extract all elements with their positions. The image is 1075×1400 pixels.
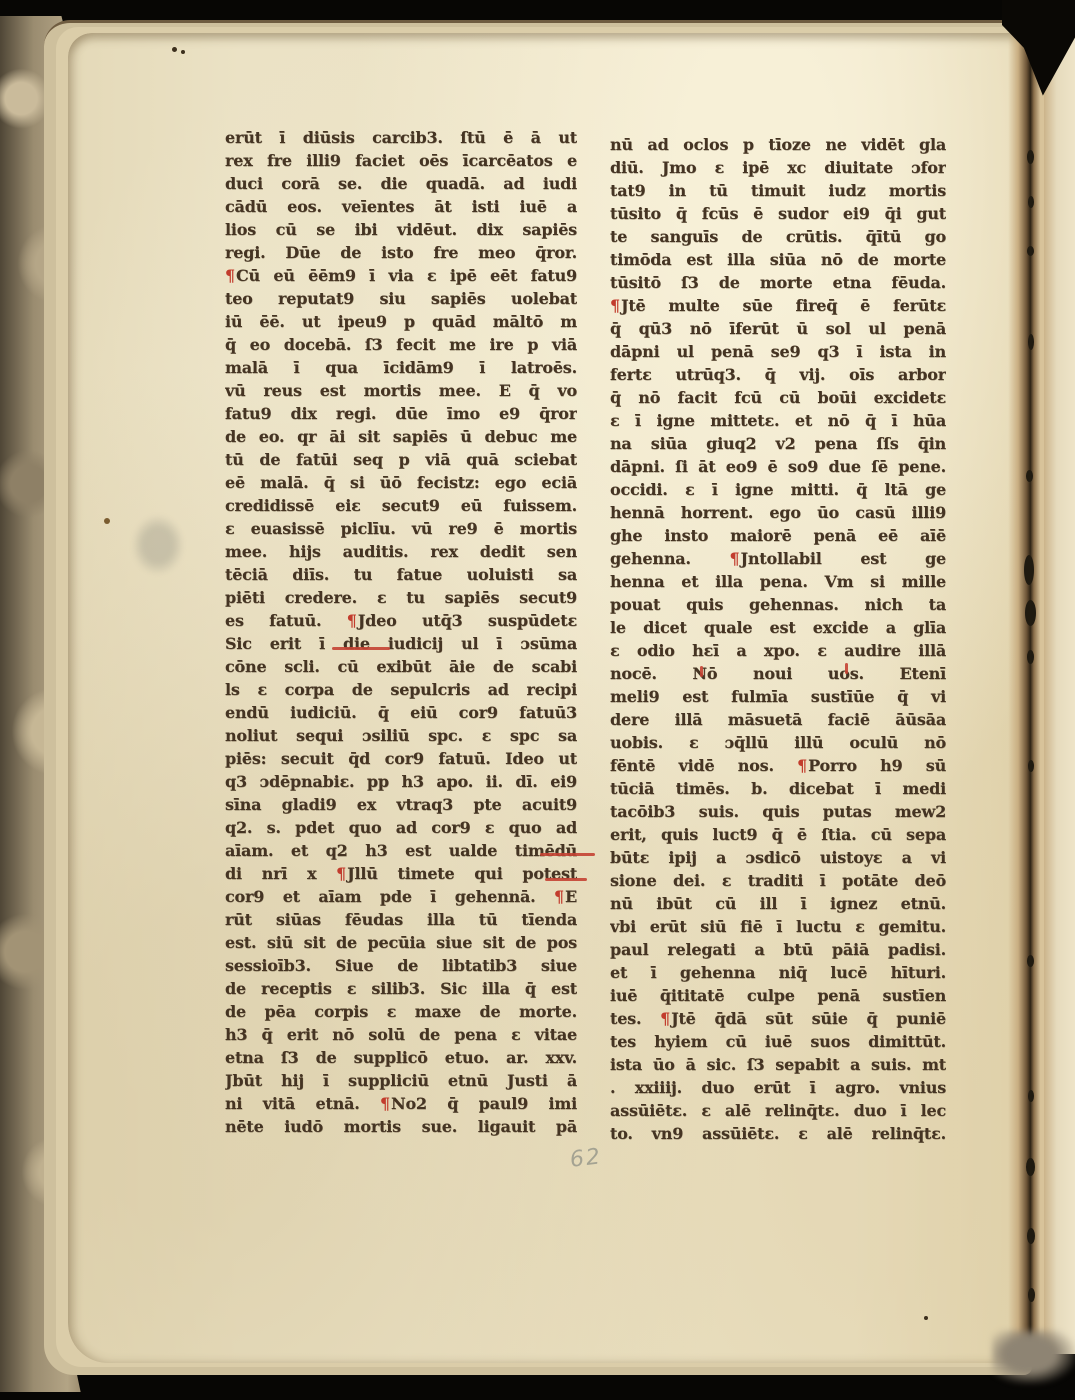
text-line: tēciā diīs. tu fatue uoluisti sa [225,563,577,586]
text-column-right: nū ad oclos p tīoze ne vidēt gladiū. Jmo… [610,133,946,1145]
text-line: noliut sequi ɔsiliū spc. ɛ spc sa [225,724,577,747]
text-line: de pēa corpis ɛ maxe de morte. [225,1000,577,1023]
gutter-spot [1025,600,1036,626]
text-line: diū. Jmo ɛ ipē xc diuitate ɔfor [610,156,946,179]
text-line: hennā horrent. ego ūo casū illi9 [610,501,946,524]
gutter-spot [1027,955,1034,967]
text-line: piēti credere. ɛ tu sapiēs secut9 [225,586,577,609]
gutter-spot [1026,470,1033,482]
text-line: mee. hijs auditis. rex dedit sen [225,540,577,563]
text-line: q2. s. pdet quo ad cor9 ɛ quo ad [225,816,577,839]
gutter-spot [1028,1288,1035,1302]
gutter-spot [1028,1090,1034,1102]
text-line: iū ēē. ut ipeu9 p quād māltō m [225,310,577,333]
text-line: to. vn9 assūiētɛ. ɛ alē relinq̄tɛ. [610,1122,946,1145]
text-line: q3 ɔdēpnabiɛ. pp h3 apo. ii. dī. ei9 [225,770,577,793]
text-line: paul relegati a btū pāiā padisi. [610,938,946,961]
text-line: tes. ¶Jtē q̄dā sūt sūie q̄ puniē [610,1007,946,1030]
text-line: henna et illa pena. Vm si mille [610,570,946,593]
text-line: cādū eos. veīentes āt isti iuē a [225,195,577,218]
facing-page-edge [1042,36,1075,1354]
text-line: duci corā se. die quadā. ad iudi [225,172,577,195]
text-line: le dicet quale est excide a glīa [610,616,946,639]
text-line: nū ad oclos p tīoze ne vidēt gla [610,133,946,156]
text-line: ista ūo ā sic. ſ3 sepabit a suis. mt [610,1053,946,1076]
text-line: sione dei. ɛ traditi ī potāte deō [610,869,946,892]
rubric-pilcrow: ¶ [730,549,741,568]
margin-fleck [104,518,110,524]
text-line: di nrī x ¶Jllū timete qui potest [225,862,577,885]
text-line: malā ī qua īcidām9 ī latroēs. [225,356,577,379]
text-line: credidissē eiɛ secut9 eū fuissem. [225,494,577,517]
text-line: de eo. qr āi sit sapiēs ū debuc me [225,425,577,448]
rubric-stroke [700,666,703,677]
text-line: tacōib3 suis. quis putas mew2 [610,800,946,823]
text-line: tūciā timēs. b. dicebat ī medi [610,777,946,800]
text-line: endū iudiciū. q̄ eiū cor9 fatuū3 [225,701,577,724]
rubric-pilcrow: ¶ [347,611,358,630]
text-line: meli9 est fulmīa sustīūe q̄ vi [610,685,946,708]
text-line: ɛ euasissē piclīu. vū re9 ē mortis [225,517,577,540]
gutter-spot [1028,196,1034,208]
text-line: gehenna. ¶Jntollabil est ge [610,547,946,570]
text-line: Sic erit ī die iudicij ul ī ɔsūma [225,632,577,655]
text-line: assūiētɛ. ɛ alē relinq̄tɛ. duo ī lec [610,1099,946,1122]
text-line: ɛ ī igne mittetɛ. et nō q̄ ī hūa [610,409,946,432]
text-line: teo reputat9 siu sapiēs uolebat [225,287,577,310]
text-line: tūsitō ſ3 de morte etna fēuda. [610,271,946,294]
text-line: dāpni ul penā se9 q3 ī ista in [610,340,946,363]
text-line: cōne scli. cū exibūt āie de scabi [225,655,577,678]
rubric-stroke [845,663,848,674]
text-line: fertɛ utrūq3. q̄ vij. oīs arbor [610,363,946,386]
rubric-pilcrow: ¶ [380,1094,391,1113]
manuscript-photograph: erūt ī diūsis carcib3. ſtū ē ā utrex fre… [0,0,1075,1400]
text-line: Jbūt hij ī suppliciū etnū Justi ā [225,1069,577,1092]
folio-number-pencil: 62 [569,1144,604,1173]
text-line: q̄ eo docebā. ſ3 fecit me ire p viā [225,333,577,356]
rubric-flourish [545,878,587,881]
rubric-pilcrow: ¶ [660,1009,671,1028]
rubric-pilcrow: ¶ [610,296,621,315]
text-line: cor9 et aīam pde ī gehennā. ¶E [225,885,577,908]
text-line: de receptis ɛ silib3. Sic illa q̄ est [225,977,577,1000]
text-line: ¶Jtē multe sūe fireq̄ ē ferūtɛ [610,294,946,317]
text-line: dere illā māsuetā faciē āūsāa [610,708,946,731]
text-line: et ī gehenna niq̄ lucē hīturi. [610,961,946,984]
text-line: etna ſ3 de supplicō etuo. ar. xxv. [225,1046,577,1069]
text-line: piēs: secuit q̄d cor9 fatuū. Ideo ut [225,747,577,770]
rubric-flourish [540,853,595,856]
text-line: sīna gladi9 ex vtraq3 pte acuit9 [225,793,577,816]
text-line: uobis. ɛ ɔq̄llū illū oculū nō [610,731,946,754]
rubric-pilcrow: ¶ [554,887,565,906]
text-line: te sanguīs de crūtis. q̄ītū go [610,225,946,248]
gutter-spot [1027,246,1034,256]
text-line: fatu9 dix regi. dūe īmo e9 q̄ror [225,402,577,425]
text-line: iuē q̄ititatē culpe penā sustīen [610,984,946,1007]
text-line: timōda est illa siūa nō de morte [610,248,946,271]
text-line: vū reus est mortis mee. E q̄ vo [225,379,577,402]
text-line: . xxiiij. duo erūt ī agro. vnius [610,1076,946,1099]
gutter-spot [1026,1158,1035,1176]
text-line: erūt ī diūsis carcib3. ſtū ē ā ut [225,126,577,149]
text-line: na siūa giuq2 v2 pena ſſs q̄in [610,432,946,455]
text-line: erit, quis luct9 q̄ ē ſtia. cū sepa [610,823,946,846]
text-column-left: erūt ī diūsis carcib3. ſtū ē ā utrex fre… [225,126,577,1138]
gutter-spot [1028,334,1034,350]
text-line: eē malā. q̄ si ūō fecistz: ego eciā [225,471,577,494]
text-line: ¶Cū eū ēēm9 ī via ɛ ipē eēt fatu9 [225,264,577,287]
rubric-pilcrow: ¶ [797,756,808,775]
ink-dot [924,1316,928,1320]
text-line: rūt siūas fēudas illa tū tīenda [225,908,577,931]
text-line: q̄ qū3 nō īferūt ū sol ul penā [610,317,946,340]
gutter-spot [1027,1228,1035,1244]
text-line: sessioīb3. Siue de libtatib3 siue [225,954,577,977]
gutter-spot [1027,650,1034,664]
text-line: tes hyiem cū iuē suos dimittūt. [610,1030,946,1053]
text-line: ls ɛ corpa de sepulcris ad recipi [225,678,577,701]
text-line: nēte iudō mortis sue. ligauit pā [225,1115,577,1138]
text-line: dāpni. ſi āt eo9 ē so9 due ſē pene. [610,455,946,478]
text-line: es fatuū. ¶Jdeo utq̄3 suspūdetɛ [225,609,577,632]
text-line: aīam. et q2 h3 est ualde timēdū [225,839,577,862]
text-line: vbi erūt siū fiē ī luctu ɛ gemitu. [610,915,946,938]
ink-dot [181,50,185,54]
margin-smudge [132,515,184,575]
text-line: rex fre illi9 faciet oēs īcarcēatos e [225,149,577,172]
text-line: q̄ nō facit fcū cū boūi excidetɛ [610,386,946,409]
gutter-spot [1027,150,1034,164]
text-line: ghe insto maiorē penā eē aīē [610,524,946,547]
rubric-flourish [332,647,390,650]
text-line: būtɛ ipij a ɔsdicō uistoyɛ a vi [610,846,946,869]
rubric-pilcrow: ¶ [225,266,236,285]
gutter-shadow-bottom [992,1330,1075,1384]
text-line: fēntē vidē nos. ¶Porro h9 sū [610,754,946,777]
text-line: pouat quis gehennas. nich ta [610,593,946,616]
text-line: nocē. Nō noui uos. Etenī [610,662,946,685]
text-line: regi. Dūe de isto fre meo q̄ror. [225,241,577,264]
text-line: ɛ odio hɛī a xpo. ɛ audire illā [610,639,946,662]
text-line: tat9 in tū timuit iudz mortis [610,179,946,202]
rubric-pilcrow: ¶ [336,864,347,883]
gutter-spot [1028,760,1034,772]
text-line: tūsito q̄ fcūs ē sudor ei9 q̄i gut [610,202,946,225]
text-line: h3 q̄ erit nō solū de pena ɛ vitae [225,1023,577,1046]
text-line: occidi. ɛ ī igne mitti. q̄ ltā ge [610,478,946,501]
gutter-spot [1024,555,1034,585]
text-line: nū ibūt cū ill ī ignez etnū. [610,892,946,915]
ink-dot [172,47,177,52]
text-line: est. siū sit de pecūia siue sit de pos [225,931,577,954]
text-line: tū de fatūi seq p viā quā sciebat [225,448,577,471]
text-line: lios cū se ibi vidēut. dix sapiēs [225,218,577,241]
text-line: ni vitā etnā. ¶No2 q̄ paul9 imi [225,1092,577,1115]
